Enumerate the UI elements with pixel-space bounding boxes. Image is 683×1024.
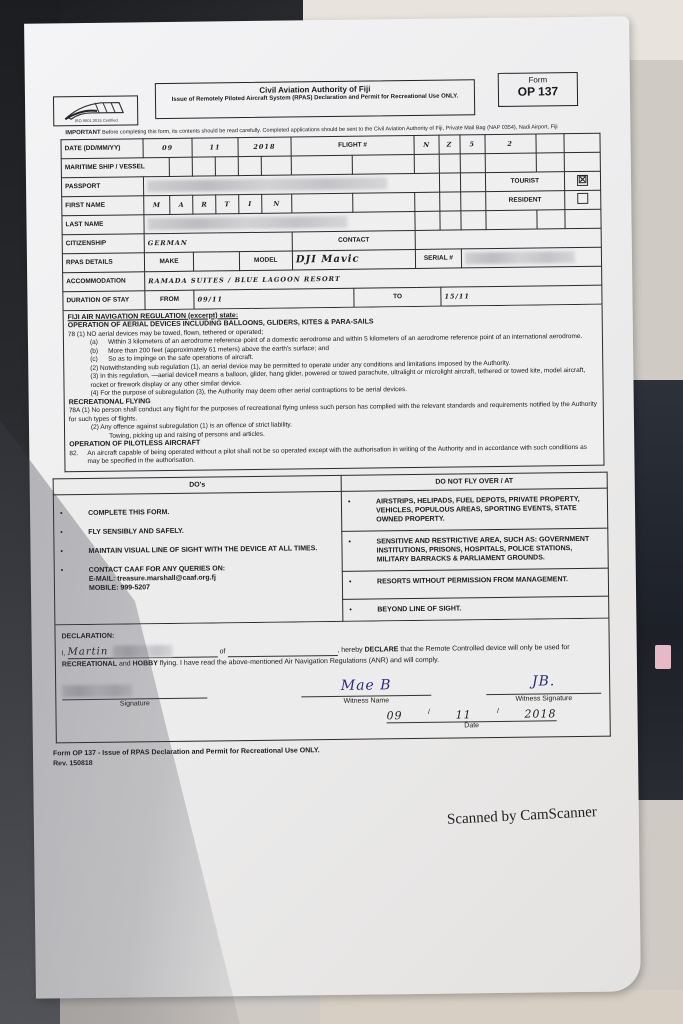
witness-name-label: Witness Name [301,694,431,705]
vessel-cell[interactable] [414,154,439,173]
flight-label: FLIGHT # [291,135,415,156]
tourist-checkbox[interactable]: ☒ [564,171,600,190]
last-name-cell[interactable] [536,209,565,228]
decl-date-yy[interactable]: 2018 [524,707,556,720]
bullet-icon: • [349,605,377,614]
svg-text:ISO 9001:2015 Certified: ISO 9001:2015 Certified [74,118,117,124]
witness-name-field[interactable]: Mae B [301,676,431,696]
empty-checkbox-icon [577,193,588,204]
resident-label: RESIDENT [485,190,565,210]
make-label: MAKE [144,252,193,272]
serial-label: SERIAL # [416,248,462,268]
dos-list: •COMPLETE THIS FORM. •FLY SENSIBLY AND S… [53,491,343,625]
first-name-char-1[interactable]: M [144,195,171,214]
last-name-label: LAST NAME [62,214,144,234]
decl-date-dd[interactable]: 09 [386,709,402,722]
bullet-icon: • [348,497,376,524]
flight-char-5[interactable] [535,133,564,152]
last-name-cell[interactable] [440,210,461,229]
vessel-cell[interactable] [170,157,193,176]
witness-signature-block: JB. Witness Signature [486,672,601,702]
dont-item: •BEYOND LINE OF SIGHT. [343,596,609,621]
vessel-cell[interactable] [460,153,485,172]
vessel-cell[interactable] [485,152,536,172]
witness-name-block: Mae B Witness Name [301,676,431,705]
flight-char-1[interactable]: N [414,135,439,154]
first-name-cell[interactable] [440,191,461,210]
signature-block: Signature [62,683,207,708]
rpas-label: RPAS DETAILS [62,252,144,272]
do-item-contact: • CONTACT CAAF FOR ANY QUERIES ON: E-MAI… [61,562,336,592]
form-header: ISO 9001:2015 Certified Civil Aviation A… [45,72,606,129]
date-yy-field[interactable]: 2018 [238,136,291,156]
redacted-surname [112,644,172,657]
form-paper: ISO 9001:2015 Certified Civil Aviation A… [24,16,641,998]
first-name-cell[interactable] [291,193,353,213]
checked-x-icon: ☒ [577,175,588,186]
vessel-cell[interactable] [291,155,353,175]
do-item: •COMPLETE THIS FORM. [60,505,335,517]
to-field[interactable]: 15/11 [441,285,602,306]
make-field[interactable] [193,251,239,271]
date-dd-field[interactable]: 09 [143,138,192,158]
title-box: Civil Aviation Authority of Fiji Issue o… [155,79,475,119]
background-floor [320,990,683,1024]
model-field[interactable]: DJI Mavic [292,249,416,270]
first-name-char-6[interactable]: N [262,193,292,212]
accommodation-label: ACCOMMODATION [63,271,145,291]
signature-label: Signature [62,697,207,708]
flight-char-6[interactable] [564,133,600,152]
form-footer: Form OP 137 - Issue of RPAS Declaration … [53,742,613,769]
passport-cell[interactable] [460,172,485,191]
bullet-icon: • [349,577,377,586]
vessel-label: MARITIME SHIP / VESSEL [61,157,170,177]
redacted-signature [62,684,132,697]
from-label: FROM [145,290,194,310]
dont-item: •AIRSTRIPS, HELIPADS, FUEL DEPOTS, PRIVA… [341,488,607,531]
contact-label: CONTACT [292,230,416,251]
bullet-icon: • [60,508,88,517]
first-name-cell[interactable] [460,191,485,210]
stay-label: DURATION OF STAY [63,290,145,310]
redacted-last-name [147,215,347,229]
first-name-cell[interactable] [353,192,415,212]
contact-mobile: MOBILE: 999-5207 [89,584,150,592]
date-mm-field[interactable]: 11 [192,137,238,157]
resident-checkbox[interactable] [565,190,601,209]
vessel-cell[interactable] [261,155,291,174]
caaf-logo-icon: ISO 9001:2015 Certified [60,98,130,123]
bullet-icon: • [348,537,376,564]
vessel-cell[interactable] [439,153,460,172]
from-field[interactable]: 09/11 [194,288,354,309]
flight-char-4[interactable]: 2 [485,133,536,153]
witness-signature-label: Witness Signature [486,692,601,702]
vessel-cell[interactable] [238,156,262,175]
contact-field[interactable] [415,228,601,249]
last-name-cell[interactable] [565,209,601,228]
first-name-char-3[interactable]: R [193,194,217,213]
first-name-char-4[interactable]: T [216,194,239,213]
contact-title: CONTACT CAAF FOR ANY QUERIES ON: [89,565,225,574]
declarant-name-field[interactable]: Martin [68,644,218,659]
form-number-box: Form OP 137 [498,72,578,107]
do-item: •FLY SENSIBLY AND SAFELY. [60,524,335,536]
contact-email[interactable]: E-MAIL: treasure.marshall@caaf.org.fj [89,574,216,583]
background-pink-tag [655,645,671,669]
first-name-cell[interactable] [415,192,440,211]
regulation-excerpt: FIJI AIR NAVIGATION REGULATION (excerpt)… [63,304,605,472]
bullet-icon: • [60,527,88,536]
declaration-text: I, Martin of , hereby DECLARE that the R… [62,639,603,670]
declarant-of-field[interactable] [227,643,337,656]
citizenship-field[interactable]: GERMAN [144,231,292,252]
applicant-fields: DATE (DD/MM/YY) 09 11 2018 FLIGHT # N Z … [60,132,602,311]
model-label: MODEL [239,250,292,270]
tourist-label: TOURIST [485,171,565,191]
bullet-icon: • [60,546,88,555]
caaf-logo: ISO 9001:2015 Certified [53,95,138,126]
form-number: OP 137 [499,84,577,99]
important-label: IMPORTANT [65,130,100,136]
vessel-cell[interactable] [216,156,239,175]
last-name-cell[interactable] [461,210,486,229]
vessel-cell[interactable] [536,152,565,171]
vessel-cell[interactable] [353,154,415,174]
vessel-cell[interactable] [564,152,600,171]
first-name-char-5[interactable]: I [238,194,262,213]
witness-signature-field[interactable]: JB. [486,672,601,693]
serial-field[interactable] [461,247,602,268]
declaration-section: DECLARATION: I, Martin of , hereby DECLA… [54,618,610,743]
date-label: DATE (DD/MM/YY) [61,138,143,158]
citizenship-label: CITIZENSHIP [62,233,144,253]
passport-label: PASSPORT [61,176,143,196]
dont-item: •RESORTS WITHOUT PERMISSION FROM MANAGEM… [342,568,608,599]
declaration-heading: DECLARATION: [62,626,603,640]
first-name-char-2[interactable]: A [170,195,193,214]
redacted-serial [465,251,575,264]
to-label: TO [354,287,441,307]
do-item: •MAINTAIN VISUAL LINE OF SIGHT WITH THE … [60,543,335,555]
first-name-label: FIRST NAME [62,195,144,215]
dont-item: •SENSITIVE AND RESTRICTIVE AREA, SUCH AS… [342,528,608,571]
guidance-table: DO's DO NOT FLY OVER / AT •COMPLETE THIS… [53,471,610,625]
passport-cell[interactable] [439,172,460,191]
vessel-cell[interactable] [192,156,216,175]
last-name-cell[interactable] [486,209,537,229]
decl-date-mm[interactable]: 11 [455,708,471,721]
flight-char-3[interactable]: 5 [460,134,485,153]
last-name-cell[interactable] [415,211,440,230]
rpas-form: ISO 9001:2015 Certified Civil Aviation A… [45,72,613,769]
date-block: 09 / 11 / 2018 Date [386,707,556,730]
flight-char-2[interactable]: Z [439,134,460,153]
date-label: Date [387,721,557,730]
bullet-icon: • [61,565,89,592]
redacted-passport [147,177,387,192]
